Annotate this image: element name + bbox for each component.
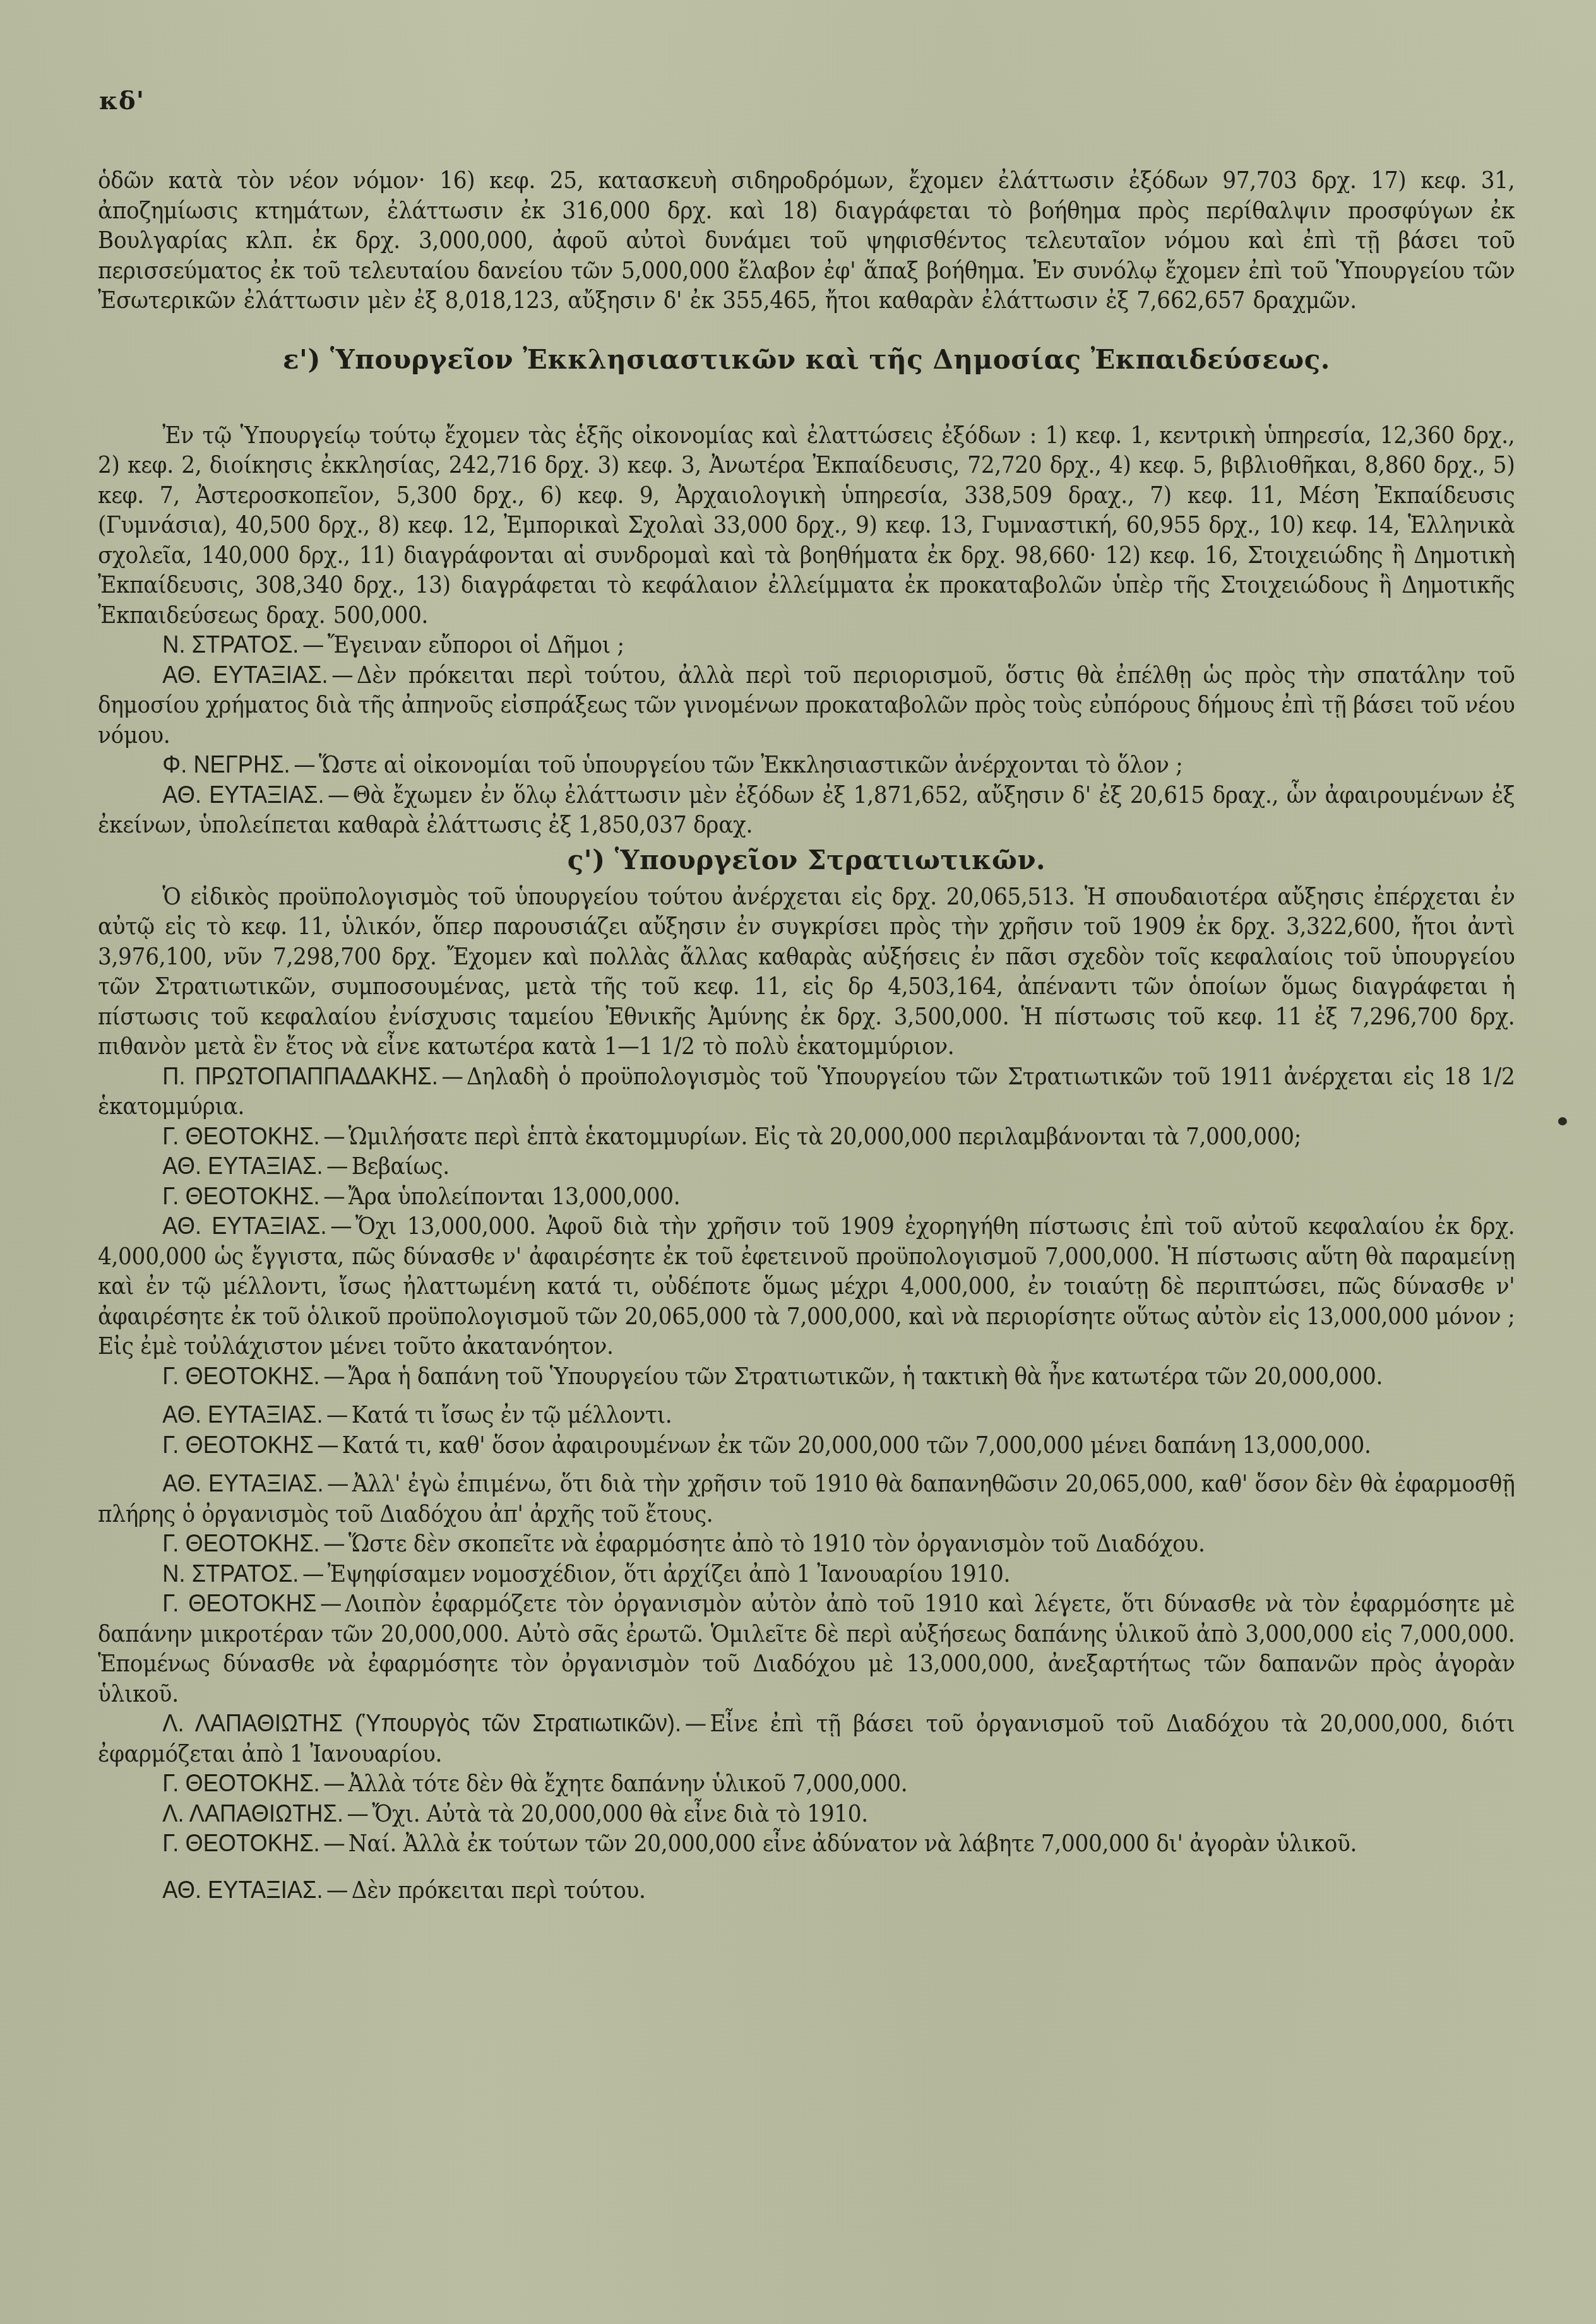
speaker-name: Φ. ΝΕΓΡΗΣ. [162, 751, 290, 778]
speech-item: Γ. ΘΕΟΤΟΚΗΣ—Κατά τι, καθ' ὅσον ἀφαιρουμέ… [98, 1430, 1515, 1461]
speech-text: Ἄρα ὑπολείπονται 13,000,000. [348, 1183, 681, 1210]
intro-paragraph: ὁδῶν κατὰ τὸν νέον νόμον· 16) κεφ. 25, κ… [98, 165, 1515, 316]
speech-text: Ναί. Ἀλλὰ ἐκ τούτων τῶν 20,000,000 εἶνε … [348, 1830, 1357, 1857]
speech-item: Γ. ΘΕΟΤΟΚΗΣ.—Ἄρα ὑπολείπονται 13,000,000… [98, 1182, 1515, 1212]
speaker-name: Π. ΠΡΩΤΟΠΑΠΠΑΔΑΚΗΣ. [162, 1063, 438, 1090]
page-number: κδ' [99, 88, 1515, 114]
speech-item: ΑΘ. ΕΥΤΑΞΙΑΣ.—Θὰ ἔχωμεν ἐν ὅλῳ ἐλάττωσιν… [98, 780, 1515, 840]
document-page: κδ' ὁδῶν κατὰ τὸν νέον νόμον· 16) κεφ. 2… [98, 88, 1515, 1905]
speech-text: Ἀλλὰ τότε δὲν θὰ ἔχητε δαπάνην ὑλικοῦ 7,… [348, 1770, 908, 1797]
dash: — [323, 1876, 351, 1904]
speech-text: Ἔγειναν εὔποροι οἱ Δῆμοι ; [328, 631, 624, 658]
dash: — [316, 1590, 345, 1617]
speech-item: Λ. ΛΑΠΑΘΙΩΤΗΣ.—Ὄχι. Αὐτὰ τὰ 20,000,000 θ… [98, 1799, 1515, 1829]
dash: — [438, 1063, 467, 1090]
speaker-name: Γ. ΘΕΟΤΟΚΗΣ. [162, 1830, 319, 1857]
spacer [98, 1391, 1515, 1400]
speaker-name: ΑΘ. ΕΥΤΑΞΙΑΣ. [162, 1401, 323, 1428]
dash: — [314, 1432, 342, 1459]
speaker-name: ΑΘ. ΕΥΤΑΞΙΑΣ. [162, 1876, 323, 1904]
speech-text: Κατά τι ἴσως ἐν τῷ μέλλοντι. [352, 1401, 672, 1428]
dash: — [323, 1153, 351, 1180]
speaker-name: Γ. ΘΕΟΤΟΚΗΣ [162, 1590, 316, 1617]
spacer [98, 1460, 1515, 1469]
speech-text: Βεβαίως. [352, 1153, 450, 1180]
speech-text: Ὥστε αἱ οἰκονομίαι τοῦ ὑπουργείου τῶν Ἐκ… [319, 751, 1183, 778]
speaker-name: Ν. ΣΤΡΑΤΟΣ. [162, 631, 299, 658]
dash: — [320, 1770, 348, 1797]
margin-ink-dot [1558, 1117, 1567, 1125]
section-heading-ecclesiastical: ε') Ὑπουργεῖον Ἐκκλησιαστικῶν καὶ τῆς Δη… [98, 343, 1515, 376]
dash: — [320, 1363, 348, 1390]
speech-item: ΑΘ. ΕΥΤΑΞΙΑΣ.—Κατά τι ἴσως ἐν τῷ μέλλοντ… [98, 1400, 1515, 1430]
speaker-name: Γ. ΘΕΟΤΟΚΗΣ. [162, 1530, 319, 1557]
speech-item: ΑΘ. ΕΥΤΑΞΙΑΣ.—Βεβαίως. [98, 1151, 1515, 1182]
speech-item: ΑΘ. ΕΥΤΑΞΙΑΣ.—Ὄχι 13,000,000. Ἀφοῦ διὰ τ… [98, 1211, 1515, 1361]
speaker-name: Γ. ΘΕΟΤΟΚΗΣ. [162, 1183, 319, 1210]
speech-text: Δὲν πρόκειται περὶ τούτου. [352, 1876, 646, 1904]
dash: — [328, 661, 357, 689]
dash: — [320, 1183, 348, 1210]
dash: — [681, 1710, 710, 1737]
speaker-name: Λ. ΛΑΠΑΘΙΩΤΗΣ (Ὑπουργὸς τῶν Στρατιωτικῶν… [162, 1710, 681, 1737]
section-heading-military: ς') Ὑπουργεῖον Στρατιωτικῶν. [98, 844, 1515, 877]
speech-item: Γ. ΘΕΟΤΟΚΗΣ.—Ἀλλὰ τότε δὲν θὰ ἔχητε δαπά… [98, 1769, 1515, 1799]
dash: — [320, 1830, 348, 1857]
speech-text: Ὥστε δὲν σκοπεῖτε νὰ ἐφαρμόσητε ἀπὸ τὸ 1… [348, 1530, 1205, 1557]
dash: — [343, 1800, 372, 1827]
speech-text: Κατά τι, καθ' ὅσον ἀφαιρουμένων ἐκ τῶν 2… [342, 1432, 1371, 1459]
speaker-name: Λ. ΛΑΠΑΘΙΩΤΗΣ. [162, 1800, 343, 1827]
dash: — [320, 1530, 348, 1557]
speech-item: Ν. ΣΤΡΑΤΟΣ.—Ἔγειναν εὔποροι οἱ Δῆμοι ; [98, 630, 1515, 660]
speech-item: Γ. ΘΕΟΤΟΚΗΣ.—Ναί. Ἀλλὰ ἐκ τούτων τῶν 20,… [98, 1829, 1515, 1859]
spacer [98, 1859, 1515, 1875]
speech-item: ΑΘ. ΕΥΤΑΞΙΑΣ.—Δὲν πρόκειται περὶ τούτου,… [98, 660, 1515, 750]
speech-item: Φ. ΝΕΓΡΗΣ.—Ὥστε αἱ οἰκονομίαι τοῦ ὑπουργ… [98, 750, 1515, 780]
speaker-name: ΑΘ. ΕΥΤΑΞΙΑΣ. [162, 1470, 323, 1497]
speaker-name: Γ. ΘΕΟΤΟΚΗΣ [162, 1432, 313, 1459]
speaker-name: ΑΘ. ΕΥΤΑΞΙΑΣ. [162, 781, 324, 809]
speech-item: Ν. ΣΤΡΑΤΟΣ.—Ἐψηφίσαμεν νομοσχέδιον, ὅτι … [98, 1559, 1515, 1589]
dash: — [325, 781, 353, 809]
speech-text: Ὄχι. Αὐτὰ τὰ 20,000,000 θὰ εἶνε διὰ τὸ 1… [372, 1800, 868, 1827]
speaker-name: ΑΘ. ΕΥΤΑΞΙΑΣ. [162, 1153, 323, 1180]
speech-item: ΑΘ. ΕΥΤΑΞΙΑΣ.—Ἀλλ' ἐγὼ ἐπιμένω, ὅτι διὰ … [98, 1469, 1515, 1529]
dash: — [299, 1560, 327, 1587]
speaker-name: Ν. ΣΤΡΑΤΟΣ. [162, 1560, 299, 1587]
speaker-name: Γ. ΘΕΟΤΟΚΗΣ. [162, 1770, 319, 1797]
speaker-name: ΑΘ. ΕΥΤΑΞΙΑΣ. [162, 1212, 326, 1240]
speaker-name: Γ. ΘΕΟΤΟΚΗΣ. [162, 1123, 319, 1150]
dash: — [290, 751, 319, 778]
dash: — [323, 1470, 352, 1497]
speaker-name: ΑΘ. ΕΥΤΑΞΙΑΣ. [162, 661, 328, 689]
speaker-name: Γ. ΘΕΟΤΟΚΗΣ. [162, 1363, 319, 1390]
speech-item: Π. ΠΡΩΤΟΠΑΠΠΑΔΑΚΗΣ.—Δηλαδὴ ὁ προϋπολογισ… [98, 1062, 1515, 1122]
dash: — [299, 631, 327, 658]
dash: — [327, 1212, 355, 1240]
section-e-body: Ἐν τῷ Ὑπουργείῳ τούτῳ ἔχομεν τὰς ἑξῆς οἰ… [98, 420, 1515, 631]
speech-item: Γ. ΘΕΟΤΟΚΗΣ.—Ὥστε δὲν σκοπεῖτε νὰ ἐφαρμό… [98, 1529, 1515, 1559]
speech-text: Ὡμιλήσατε περὶ ἑπτὰ ἑκατομμυρίων. Εἰς τὰ… [348, 1123, 1301, 1150]
speech-text: Ἄρα ἡ δαπάνη τοῦ Ὑπουργείου τῶν Στρατιωτ… [348, 1363, 1383, 1390]
dash: — [323, 1401, 351, 1428]
speech-item: Γ. ΘΕΟΤΟΚΗΣ.—Ἄρα ἡ δαπάνη τοῦ Ὑπουργείου… [98, 1361, 1515, 1392]
speech-item: ΑΘ. ΕΥΤΑΞΙΑΣ.—Δὲν πρόκειται περὶ τούτου. [98, 1875, 1515, 1906]
speech-text: Ἐψηφίσαμεν νομοσχέδιον, ὅτι ἀρχίζει ἀπὸ … [328, 1560, 1010, 1587]
speech-item: Γ. ΘΕΟΤΟΚΗΣ.—Ὡμιλήσατε περὶ ἑπτὰ ἑκατομμ… [98, 1122, 1515, 1152]
speech-item: Γ. ΘΕΟΤΟΚΗΣ—Λοιπὸν ἐφαρμόζετε τὸν ὀργανι… [98, 1589, 1515, 1709]
section-st-body: Ὁ εἰδικὸς προϋπολογισμὸς τοῦ ὑπουργείου … [98, 882, 1515, 1062]
speech-item: Λ. ΛΑΠΑΘΙΩΤΗΣ (Ὑπουργὸς τῶν Στρατιωτικῶν… [98, 1709, 1515, 1769]
dash: — [320, 1123, 348, 1150]
